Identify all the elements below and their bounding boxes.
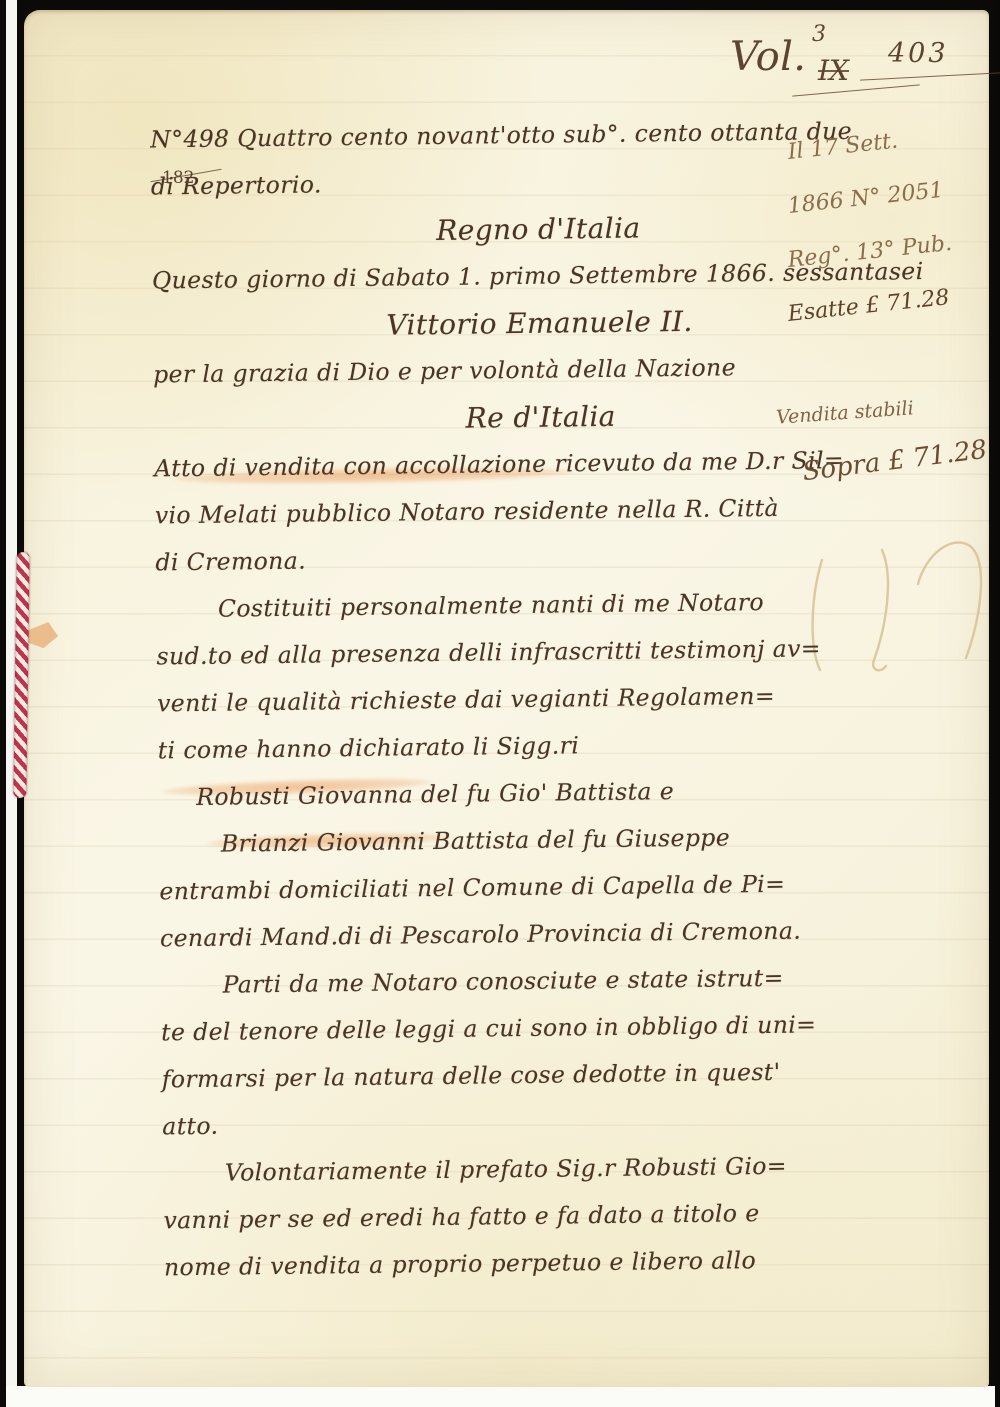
manuscript-line: nome di vendita a proprio perpetuo e lib… xyxy=(164,1235,939,1291)
volume-label: Vol. xyxy=(730,34,806,80)
header-underline xyxy=(792,84,920,96)
volume-correction: 3 xyxy=(812,22,826,47)
binding-cord-red-white xyxy=(13,552,29,798)
manuscript-line: sud.to ed alla presenza delli infrascrit… xyxy=(156,624,931,680)
manuscript-page: Vol. 3 IX 403 N°498 Quattro cento novant… xyxy=(24,10,989,1387)
volume-number-crossed: IX xyxy=(818,54,849,87)
scanner-bottom-band xyxy=(6,1386,995,1407)
header-underline xyxy=(860,72,1000,80)
margin-registration-notes: Il 17 Sett.1866 N° 2051Reg°. 13° Pub.Esa… xyxy=(788,126,1000,342)
document-scan: Vol. 3 IX 403 N°498 Quattro cento novant… xyxy=(0,0,1000,1407)
folio-number: 403 xyxy=(888,38,949,69)
